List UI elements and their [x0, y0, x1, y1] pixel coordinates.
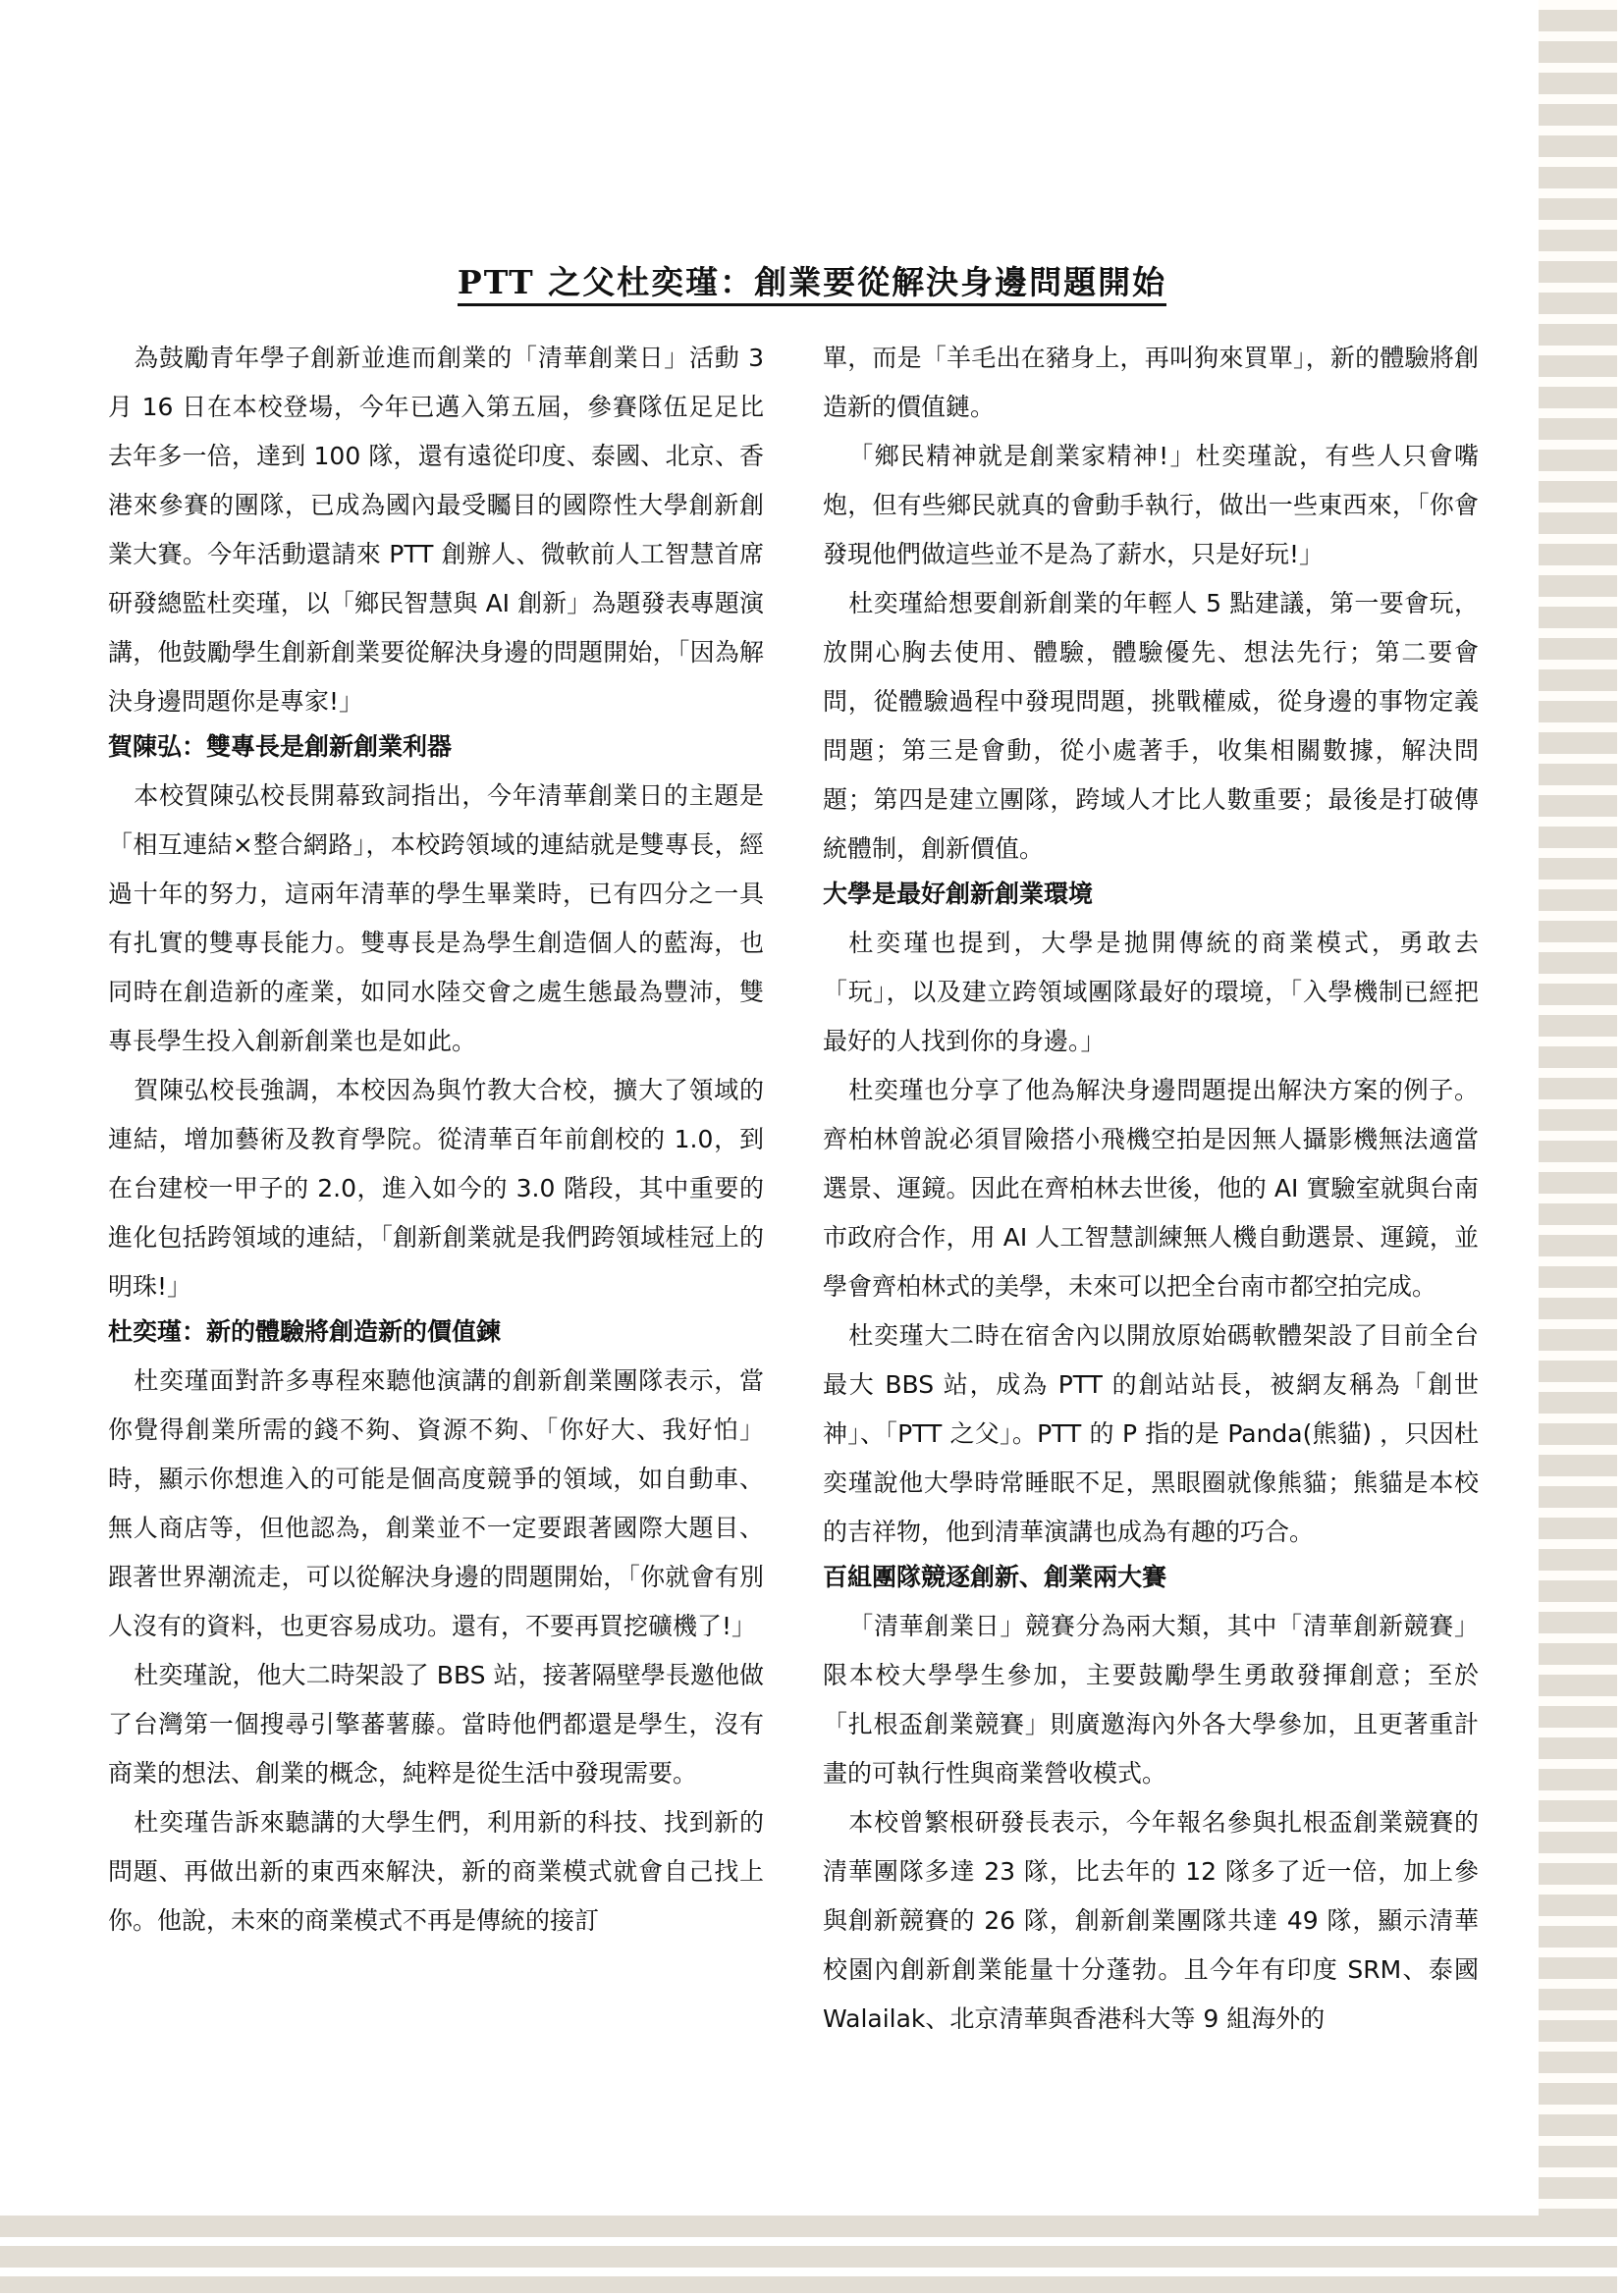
paragraph: 杜奕瑾也提到，大學是拋開傳統的商業模式，勇敢去「玩」，以及建立跨領域團隊最好的環… [823, 919, 1479, 1066]
paragraph: 本校賀陳弘校長開幕致詞指出，今年清華創業日的主題是「相互連結×整合網路」，本校跨… [108, 772, 764, 1066]
paragraph: 杜奕瑾告訴來聽講的大學生們，利用新的科技、找到新的問題、再做出新的東西來解決，新… [108, 1798, 764, 1946]
stripe-band [0, 2276, 1617, 2293]
paragraph: 杜奕瑾也分享了他為解決身邊問題提出解決方案的例子。齊柏林曾說必須冒險搭小飛機空拍… [823, 1066, 1479, 1311]
paragraph: 「清華創業日」競賽分為兩大類，其中「清華創新競賽」限本校大學學生參加，主要鼓勵學… [823, 1602, 1479, 1798]
section-heading: 百組團隊競逐創新、創業兩大賽 [823, 1557, 1479, 1602]
left-column: 為鼓勵青年學子創新並進而創業的「清華創業日」活動 3 月 16 日在本校登場，今… [108, 334, 764, 1946]
article-title-text: PTT 之父杜奕瑾：創業要從解決身邊問題開始 [458, 263, 1166, 306]
paragraph: 「鄉民精神就是創業家精神!」杜奕瑾說，有些人只會嘴炮，但有些鄉民就真的會動手執行… [823, 432, 1479, 579]
decorative-right-stripes [1539, 0, 1617, 2218]
article-title: PTT 之父杜奕瑾：創業要從解決身邊問題開始 [0, 257, 1624, 303]
decorative-bottom-stripes [0, 2216, 1617, 2296]
section-heading: 賀陳弘：雙專長是創新創業利器 [108, 726, 764, 772]
paragraph: 本校曾繁根研發長表示，今年報名參與扎根盃創業競賽的清華團隊多達 23 隊，比去年… [823, 1798, 1479, 2044]
paragraph: 單，而是「羊毛出在豬身上，再叫狗來買單」，新的體驗將創造新的價值鏈。 [823, 334, 1479, 432]
paragraph: 杜奕瑾說，他大二時架設了 BBS 站，接著隔壁學長邀他做了台灣第一個搜尋引擎蕃薯… [108, 1651, 764, 1798]
paragraph: 杜奕瑾給想要創新創業的年輕人 5 點建議，第一要會玩，放開心胸去使用、體驗，體驗… [823, 579, 1479, 874]
stripe-band [0, 2246, 1617, 2268]
stripe-band [0, 2216, 1617, 2237]
paragraph: 為鼓勵青年學子創新並進而創業的「清華創業日」活動 3 月 16 日在本校登場，今… [108, 334, 764, 726]
section-heading: 杜奕瑾：新的體驗將創造新的價值鍊 [108, 1311, 764, 1357]
paragraph: 賀陳弘校長強調，本校因為與竹教大合校，擴大了領域的連結，增加藝術及教育學院。從清… [108, 1066, 764, 1311]
right-column: 單，而是「羊毛出在豬身上，再叫狗來買單」，新的體驗將創造新的價值鏈。「鄉民精神就… [823, 334, 1479, 2044]
paragraph: 杜奕瑾面對許多專程來聽他演講的創新創業團隊表示，當你覺得創業所需的錢不夠、資源不… [108, 1357, 764, 1651]
section-heading: 大學是最好創新創業環境 [823, 874, 1479, 919]
paragraph: 杜奕瑾大二時在宿舍內以開放原始碼軟體架設了目前全台最大 BBS 站，成為 PTT… [823, 1311, 1479, 1557]
